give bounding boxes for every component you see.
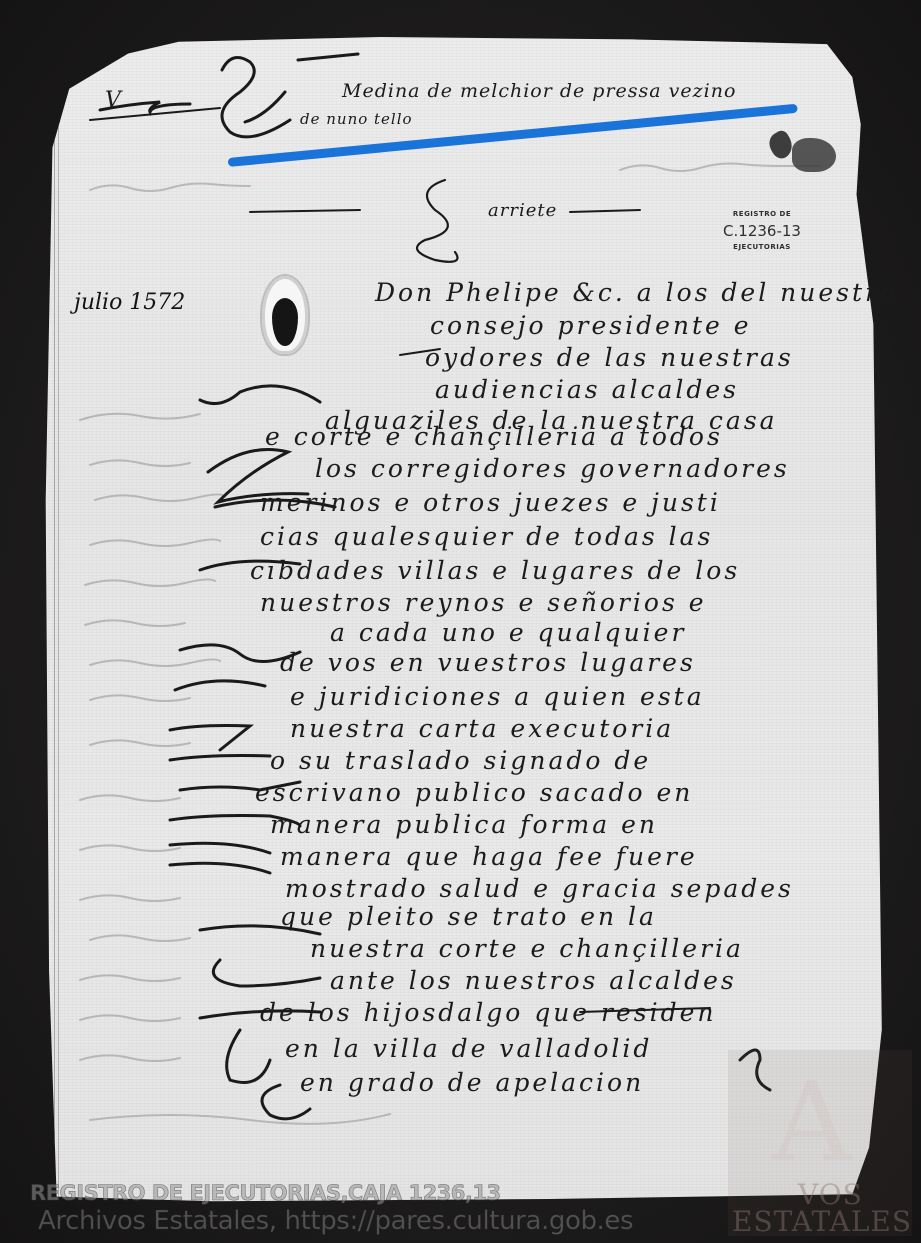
paper-hole <box>262 276 308 354</box>
body-line: e corte e chançilleria a todos <box>265 422 723 451</box>
archive-stamp: REGISTRO DE C.1236-13 EJECUTORIAS <box>714 206 810 276</box>
paper-hole-dark <box>272 298 298 346</box>
body-line: manera que haga fee fuere <box>280 842 698 871</box>
body-line: mostrado salud e gracia sepades <box>285 874 794 903</box>
stamp-bottom-text: EJECUTORIAS <box>714 243 810 251</box>
archive-logo-watermark: A VOS ESTATALES <box>728 1050 912 1236</box>
section-mark: arriete <box>488 200 557 221</box>
watermark-source: Archivos Estatales, https://pares.cultur… <box>38 1206 633 1236</box>
body-line: los corregidores governadores <box>315 454 790 483</box>
body-line: cias qualesquier de todas las <box>260 522 713 551</box>
body-line: ante los nuestros alcaldes <box>330 966 737 995</box>
heading-subtext: de nuno tello <box>300 110 413 128</box>
body-line: audiencias alcaldes <box>435 375 739 404</box>
body-line: de los hijosdalgo que residen <box>260 998 717 1027</box>
body-line: cibdades villas e lugares de los <box>250 556 740 585</box>
body-line: escrivano publico sacado en <box>255 778 693 807</box>
stamp-code: C.1236-13 <box>714 222 810 240</box>
logo-word: ESTATALES <box>732 1205 912 1238</box>
body-line: que pleito se trato en la <box>280 902 657 931</box>
body-line: nuestros reynos e señorios e <box>260 588 707 617</box>
logo-letter: A <box>772 1058 851 1186</box>
heading-text: Medina de melchior de pressa vezino <box>342 80 736 102</box>
body-line: de vos en vuestros lugares <box>280 648 696 677</box>
body-line: a cada uno e qualquier <box>330 618 686 647</box>
body-line: Don Phelipe &c. a los del nuestro <box>375 278 898 307</box>
ink-stain <box>792 138 836 172</box>
stamp-top-text: REGISTRO DE <box>714 210 810 218</box>
document-viewer: Medina de melchior de pressa vezino de n… <box>0 0 921 1243</box>
body-line: o su traslado signado de <box>270 746 651 775</box>
body-line: en la villa de valladolid <box>285 1034 652 1063</box>
body-line: merinos e otros juezes e justi <box>260 488 721 517</box>
body-line: nuestra carta executoria <box>290 714 674 743</box>
body-line: e juridiciones a quien esta <box>290 682 705 711</box>
watermark-reference: REGISTRO DE EJECUTORIAS,CAJA 1236,13 <box>30 1181 501 1205</box>
body-line: nuestra corte e chançilleria <box>310 934 744 963</box>
heading-left-mark: V <box>105 88 122 113</box>
body-line: consejo presidente e <box>430 311 752 340</box>
body-line: oydores de las nuestras <box>425 343 794 372</box>
body-line: en grado de apelacion <box>300 1068 644 1097</box>
body-line: manera publica forma en <box>270 810 658 839</box>
margin-date-note: julio 1572 <box>74 290 185 315</box>
